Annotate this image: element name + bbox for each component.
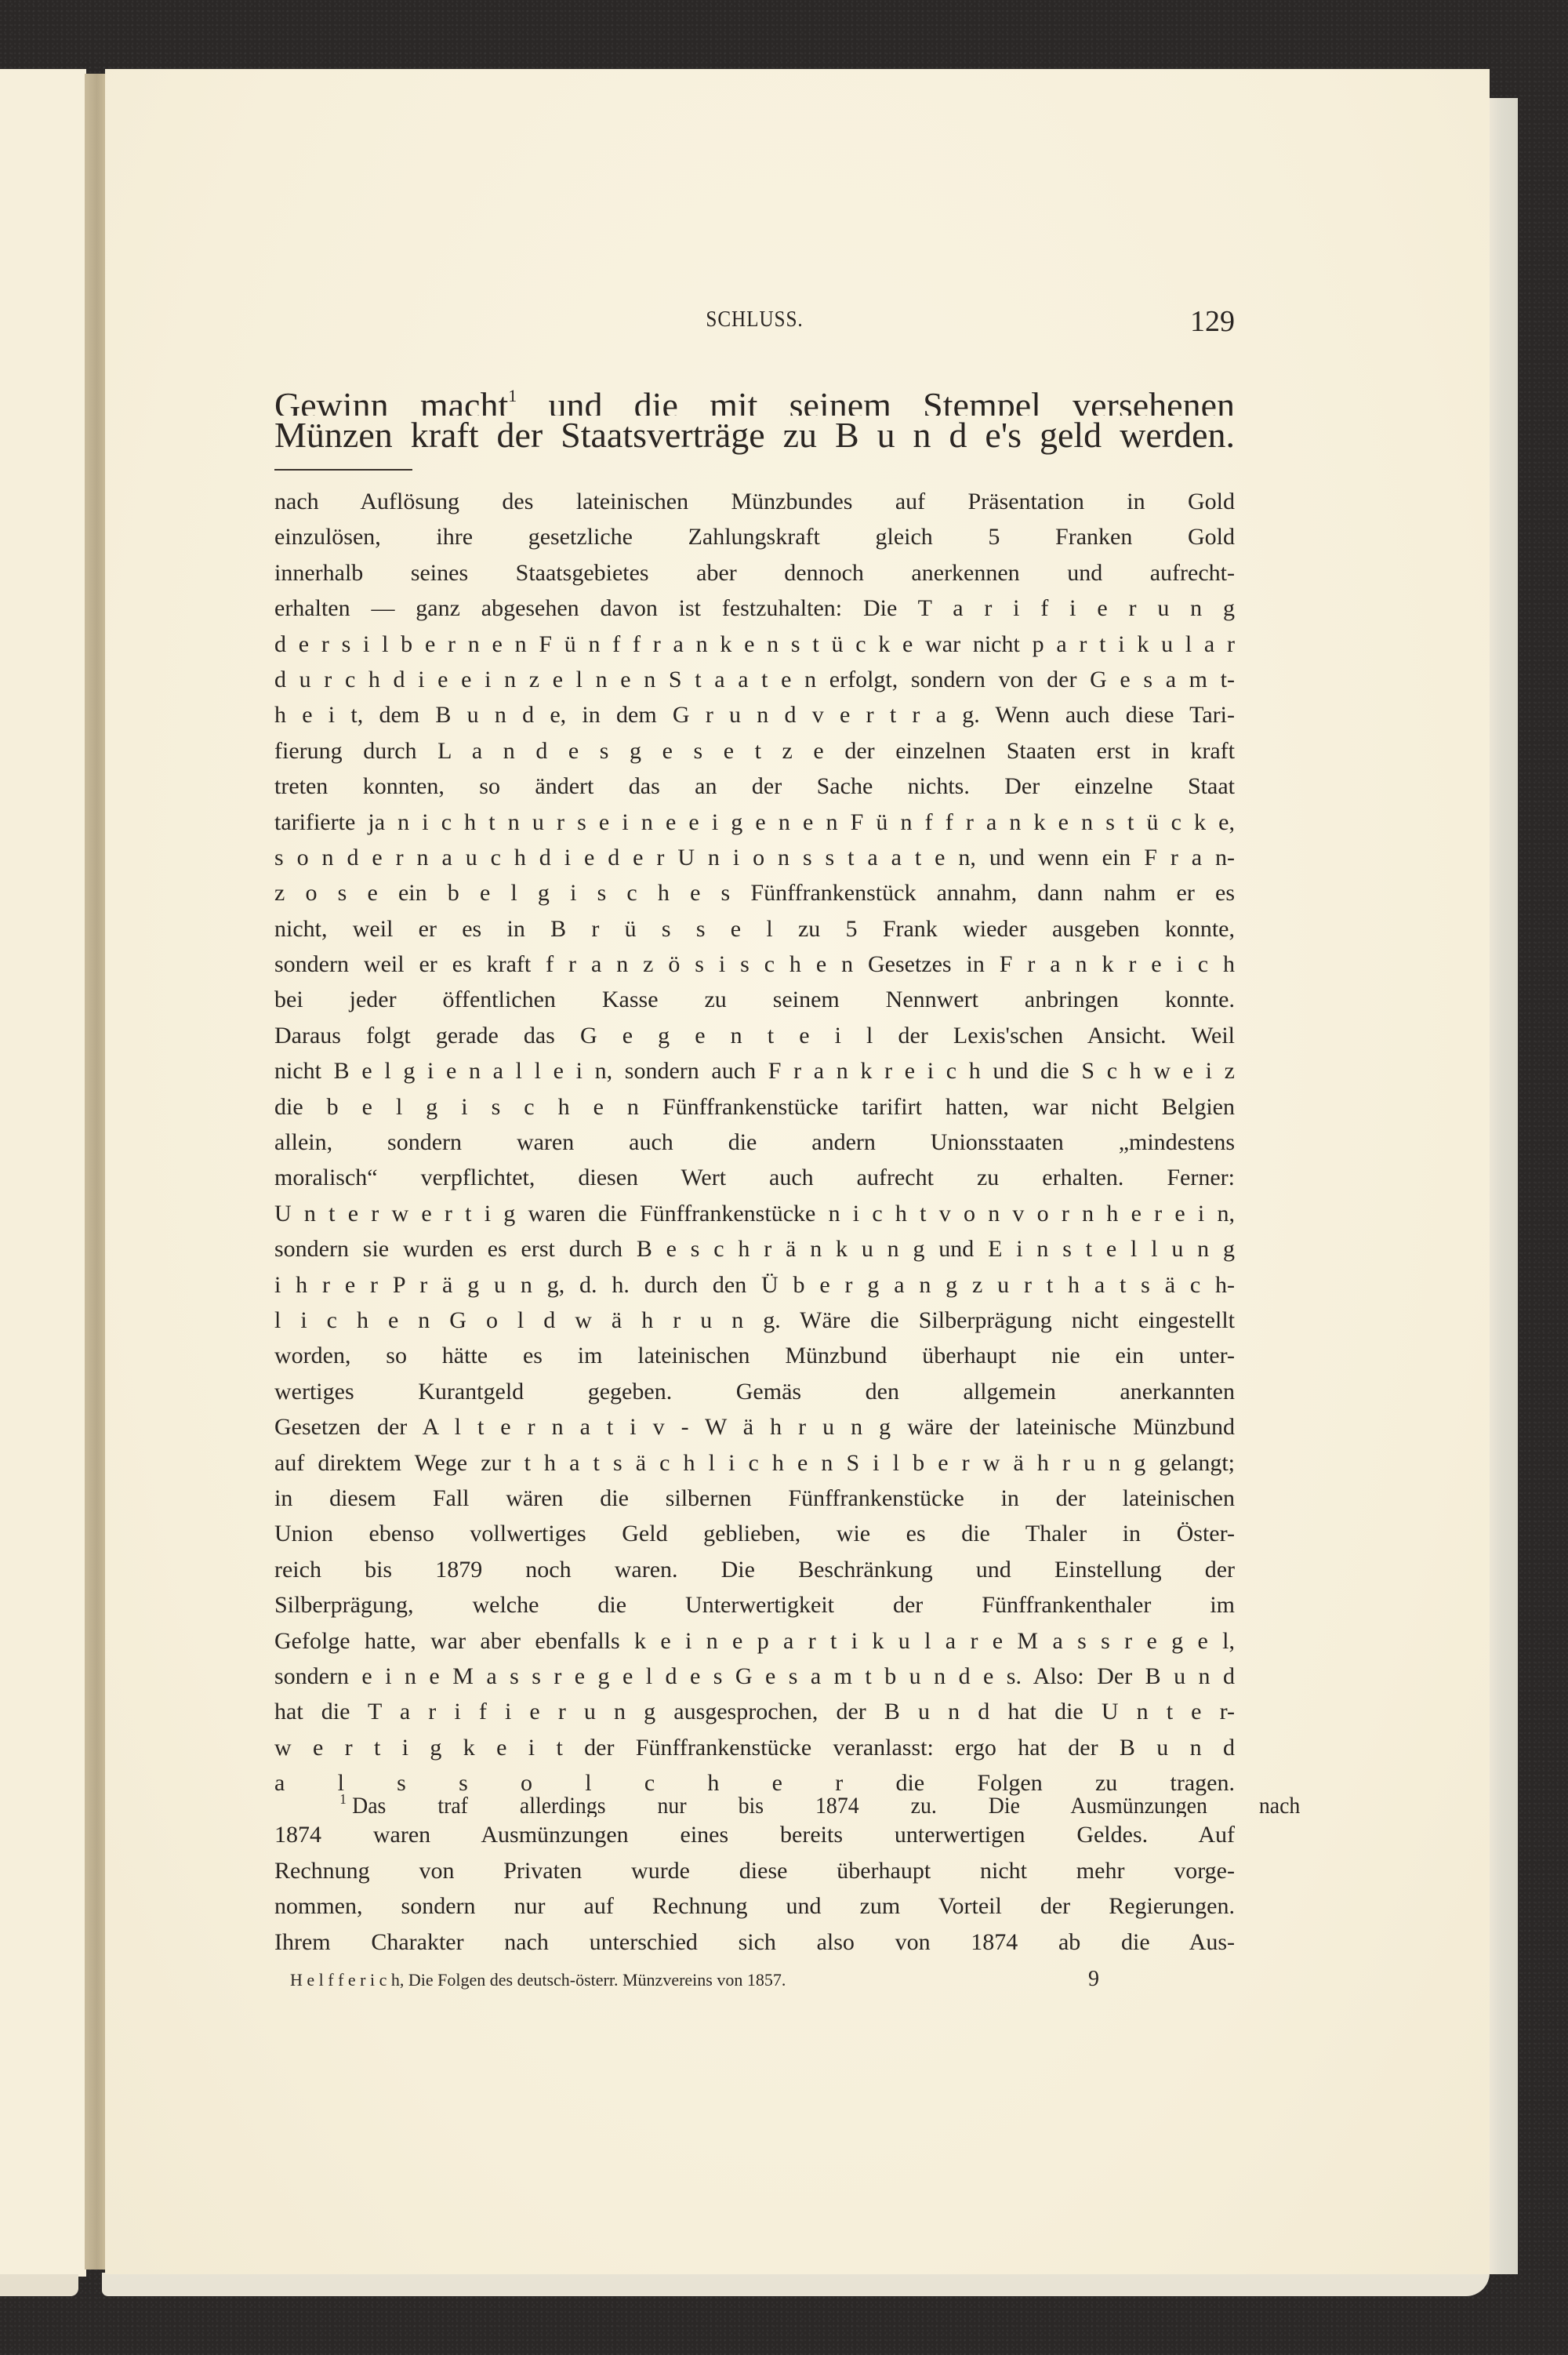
note-line: Gefolge hatte, war aber ebenfalls k e i … xyxy=(274,1623,1235,1659)
running-head: SCHLUSS. 129 xyxy=(274,304,1235,339)
note-line: auf direktem Wege zur t h a t s ä c h l … xyxy=(274,1445,1235,1481)
note-line: Silberprägung, welche die Unterwertigkei… xyxy=(274,1587,1235,1623)
note-line: Gesetzen der A l t e r n a t i v - W ä h… xyxy=(274,1409,1235,1445)
footnote-line: 1874 waren Ausmünzungen eines bereits un… xyxy=(274,1817,1235,1852)
note-line: einzulösen, ihre gesetzliche Zahlungskra… xyxy=(274,519,1235,554)
note-line: reich bis 1879 noch waren. Die Beschränk… xyxy=(274,1552,1235,1587)
note-line: sondern e i n e M a s s r e g e l d e s … xyxy=(274,1659,1235,1694)
footnote-line: Ihrem Charakter nach unterschied sich al… xyxy=(274,1924,1235,1960)
page-number: 129 xyxy=(1190,304,1235,339)
note-line: hat die T a r i f i e r u n g ausgesproc… xyxy=(274,1694,1235,1729)
running-title: SCHLUSS. xyxy=(322,307,1187,333)
footnote-marker: 1 xyxy=(508,386,517,405)
sheet-number: 9 xyxy=(1088,1967,1099,1992)
note-line: treten konnten, so ändert das an der Sac… xyxy=(274,769,1235,804)
footnote-number: 1 xyxy=(339,1791,346,1807)
main-text-line: Gewinn macht1 und die mit seinem Stempel… xyxy=(274,376,1235,416)
note-line: moralisch“ verpflichtet, diesen Wert auc… xyxy=(274,1160,1235,1195)
signature-line: H e l f f e r i c h, Die Folgen des deut… xyxy=(290,1967,1152,1993)
note-line: worden, so hätte es im lateinischen Münz… xyxy=(274,1338,1235,1373)
note-line: w e r t i g k e i t der Fünffrankenstück… xyxy=(274,1730,1235,1765)
note-line: erhalten — ganz abgesehen davon ist fest… xyxy=(274,591,1235,626)
continued-note: nach Auflösung des lateinischen Münzbund… xyxy=(274,484,1235,1801)
page-bottom-edge xyxy=(102,2273,1490,2296)
footnote-separator-rule xyxy=(274,469,412,471)
book-gutter xyxy=(85,74,105,2270)
note-line: s o n d e r n a u c h d i e d e r U n i … xyxy=(274,840,1235,875)
note-line: bei jeder öffentlichen Kasse zu seinem N… xyxy=(274,982,1235,1017)
note-line: nach Auflösung des lateinischen Münzbund… xyxy=(274,484,1235,519)
note-line: allein, sondern waren auch die andern Un… xyxy=(274,1125,1235,1160)
note-line: innerhalb seines Staatsgebietes aber den… xyxy=(274,555,1235,591)
note-line: in diesem Fall wären die silbernen Fünff… xyxy=(274,1481,1235,1516)
note-line: die b e l g i s c h e n Fünffrankenstück… xyxy=(274,1089,1235,1125)
page-right-edge xyxy=(1488,98,1518,2274)
footnote-line: 1Das traf allerdings nur bis 1874 zu. Di… xyxy=(274,1782,1300,1817)
note-line: tarifierte ja n i c h t n u r s e i n e … xyxy=(274,805,1235,840)
note-line: Union ebenso vollwertiges Geld geblieben… xyxy=(274,1516,1235,1551)
note-line: Daraus folgt gerade das G e g e n t e i … xyxy=(274,1018,1235,1053)
note-line: d u r c h d i e e i n z e l n e n S t a … xyxy=(274,662,1235,697)
footnote: 1Das traf allerdings nur bis 1874 zu. Di… xyxy=(274,1782,1235,1960)
note-line: z o s e ein b e l g i s c h e s Fünffran… xyxy=(274,875,1235,910)
note-line: nicht B e l g i e n a l l e i n, sondern… xyxy=(274,1053,1235,1088)
footnote-line: Rechnung von Privaten wurde diese überha… xyxy=(274,1853,1235,1888)
note-line: sondern weil er es kraft f r a n z ö s i… xyxy=(274,947,1235,982)
note-line: sondern sie wurden es erst durch B e s c… xyxy=(274,1231,1235,1267)
footnote-line: nommen, sondern nur auf Rechnung und zum… xyxy=(274,1888,1235,1924)
note-line: wertiges Kurantgeld gegeben. Gemäs den a… xyxy=(274,1374,1235,1409)
signature-text: H e l f f e r i c h, Die Folgen des deut… xyxy=(290,1970,786,1990)
left-page-bottom-edge xyxy=(0,2274,78,2296)
note-line: i h r e r P r ä g u n g, d. h. durch den… xyxy=(274,1267,1235,1303)
main-text-line: Münzen kraft der Staatsverträge zu B u n… xyxy=(274,416,1235,455)
note-line: h e i t, dem B u n d e, in dem G r u n d… xyxy=(274,697,1235,732)
note-line: nicht, weil er es in B r ü s s e l zu 5 … xyxy=(274,911,1235,947)
left-page-edge xyxy=(0,69,86,2277)
main-text: Gewinn macht1 und die mit seinem Stempel… xyxy=(274,376,1235,455)
note-line: l i c h e n G o l d w ä h r u n g. Wäre … xyxy=(274,1303,1235,1338)
note-line: U n t e r w e r t i g waren die Fünffran… xyxy=(274,1196,1235,1231)
note-line: fierung durch L a n d e s g e s e t z e … xyxy=(274,733,1235,769)
note-line: d e r s i l b e r n e n F ü n f f r a n … xyxy=(274,627,1235,662)
